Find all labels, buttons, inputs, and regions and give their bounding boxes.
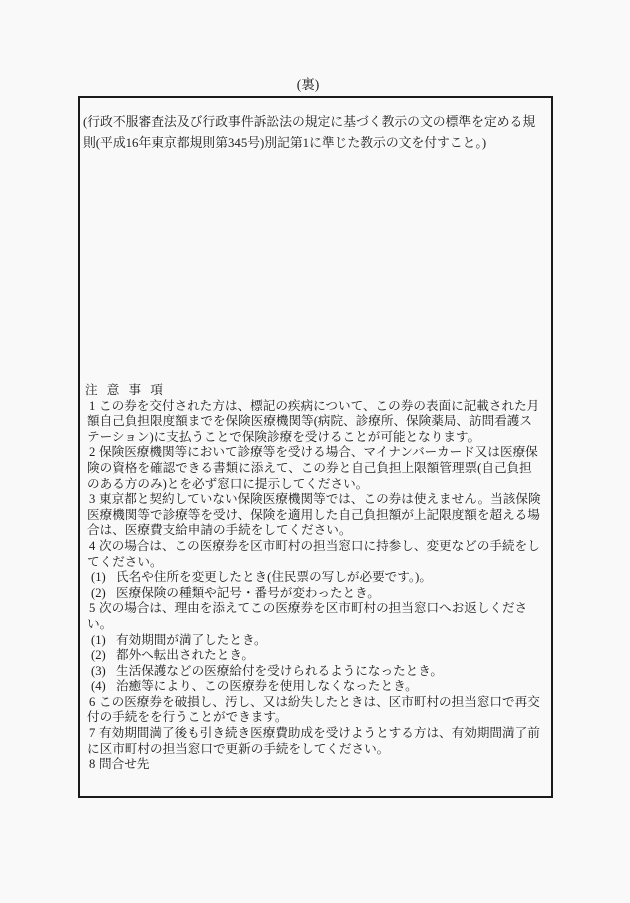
note-item-8-number: 8 [89,757,99,773]
note-item-7: 7有効期間満了後も引き続き医療費助成を受けようとする方は、有効期間満了前に区市町… [80,726,543,757]
note-item-4-text: 次の場合は、この医療券を区市町村の担当窓口に持参し、変更などの手続をしてください… [87,539,540,569]
note-item-4-number: 4 [89,539,99,555]
note-item-5-sub-1-number: (1) [91,633,116,649]
note-item-3-text: 東京都と契約していない保険医療機関等では、この券は使えません。当該保険医療機関等… [87,492,541,537]
note-item-6-text: この医療券を破損し、汚し、又は紛失したときは、区市町村の担当窓口で再交付の手続を… [87,695,540,725]
note-item-5-sub-3-text: 生活保護などの医療給付を受けられるようになったとき。 [116,664,443,678]
notes-section: 注 意 事 項 1この券を交付された方は、標記の疾病について、この券の表面に記載… [80,383,543,773]
note-item-4-sub-2-number: (2) [91,586,116,602]
note-item-4-sub-2: (2)医療保険の種類や記号・番号が変わったとき。 [80,586,543,602]
note-item-6-number: 6 [89,695,99,711]
note-item-3: 3東京都と契約していない保険医療機関等では、この券は使えません。当該保険医療機関… [80,492,543,539]
note-item-4-sub-1-text: 氏名や住所を変更したとき(住民票の写しが必要です。)。 [116,570,432,584]
note-item-1-text: この券を交付された方は、標記の疾病について、この券の表面に記載された月額自己負担… [87,399,539,444]
note-item-5: 5次の場合は、理由を添えてこの医療券を区市町村の担当窓口へお返しください。 [80,601,543,632]
note-item-5-sub-4-number: (4) [91,679,116,695]
note-item-5-sub-2-number: (2) [91,648,116,664]
page-side-label: (裏) [78,77,538,93]
note-item-1: 1この券を交付された方は、標記の疾病について、この券の表面に記載された月額自己負… [80,399,543,446]
note-item-1-number: 1 [89,399,99,415]
note-item-2-number: 2 [89,445,99,461]
note-item-5-text: 次の場合は、理由を添えてこの医療券を区市町村の担当窓口へお返しください。 [87,601,527,631]
note-item-5-sub-4-text: 治癒等により、この医療券を使用しなくなったとき。 [116,679,418,693]
note-item-8: 8問合せ先 [80,757,543,773]
note-item-7-number: 7 [89,726,99,742]
note-item-5-sub-1-text: 有効期間が満了したとき。 [116,633,267,647]
note-item-7-text: 有効期間満了後も引き続き医療費助成を受けようとする方は、有効期間満了前に区市町村… [87,726,540,756]
note-item-6: 6この医療券を破損し、汚し、又は紛失したときは、区市町村の担当窓口で再交付の手続… [80,695,543,726]
document-page: (裏) (行政不服審査法及び行政事件訴訟法の規定に基づく教示の文の標準を定める規… [0,0,630,903]
note-item-5-number: 5 [89,601,99,617]
note-item-5-sub-2-text: 都外へ転出されたとき。 [116,648,254,662]
note-item-5-sub-1: (1)有効期間が満了したとき。 [80,633,543,649]
note-item-5-sub-3-number: (3) [91,664,116,680]
document-frame: (行政不服審査法及び行政事件訴訟法の規定に基づく教示の文の標準を定める規則(平成… [78,96,553,798]
note-item-4-sub-1-number: (1) [91,570,116,586]
note-item-4: 4次の場合は、この医療券を区市町村の担当窓口に持参し、変更などの手続をしてくださ… [80,539,543,570]
note-item-4-sub-1: (1)氏名や住所を変更したとき(住民票の写しが必要です。)。 [80,570,543,586]
note-item-5-sub-2: (2)都外へ転出されたとき。 [80,648,543,664]
instruction-notice: (行政不服審査法及び行政事件訴訟法の規定に基づく教示の文の標準を定める規則(平成… [83,112,546,153]
note-item-5-sub-3: (3)生活保護などの医療給付を受けられるようになったとき。 [80,664,543,680]
note-item-2-text: 保険医療機関等において診療等を受ける場合、マイナンバーカード又は医療保険の資格を… [87,445,538,490]
note-item-3-number: 3 [89,492,99,508]
note-item-4-sub-2-text: 医療保険の種類や記号・番号が変わったとき。 [116,586,380,600]
note-item-8-text: 問合せ先 [99,757,149,771]
notes-heading: 注 意 事 項 [85,383,543,399]
note-item-2: 2保険医療機関等において診療等を受ける場合、マイナンバーカード又は医療保険の資格… [80,445,543,492]
note-item-5-sub-4: (4)治癒等により、この医療券を使用しなくなったとき。 [80,679,543,695]
